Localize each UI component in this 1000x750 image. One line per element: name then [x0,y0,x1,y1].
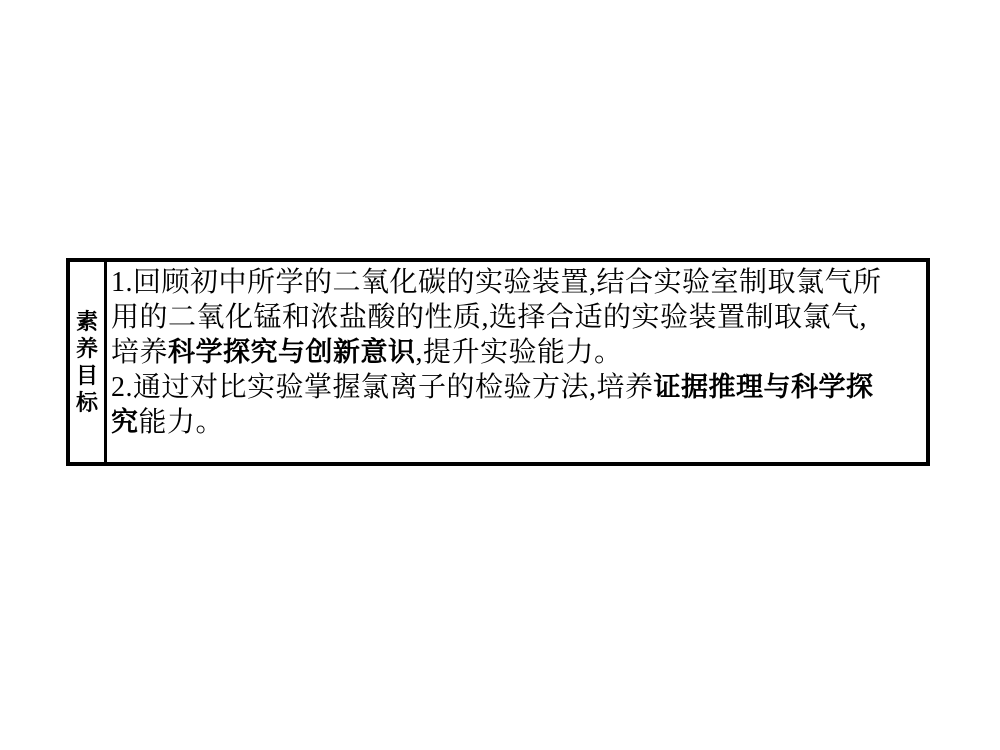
goal-label-char: 养 [76,335,98,362]
goal-box-content: 1.回顾初中所学的二氧化碳的实验装置,结合实验室制取氯气所用的二氧化锰和浓盐酸的… [107,262,926,462]
goal-label-char: 素 [76,308,98,335]
goal-text-segment: 用的二氧化锰和浓盐酸的性质,选择合适的实验装置制取氯气, [111,302,867,333]
goal-text-line: 2.通过对比实验掌握氯离子的检验方法,培养证据推理与科学探 [111,370,924,405]
goal-label-char: 目 [76,362,98,389]
goal-text-segment: 能力。 [139,407,225,438]
goal-text-segment-bold: 证据推理与科学探 [654,372,874,402]
goal-text-segment-bold: 科学探究与创新意识 [168,337,416,367]
goal-text-segment: 2.通过对比实验掌握氯离子的检验方法,培养 [111,372,654,403]
goal-box-vertical-label: 素养目标 [70,262,107,462]
slide: 素养目标 1.回顾初中所学的二氧化碳的实验装置,结合实验室制取氯气所用的二氧化锰… [0,0,1000,750]
competency-goal-box: 素养目标 1.回顾初中所学的二氧化碳的实验装置,结合实验室制取氯气所用的二氧化锰… [66,258,930,466]
goal-text-line: 培养科学探究与创新意识,提升实验能力。 [111,335,924,370]
goal-text-line: 究能力。 [111,405,924,440]
goal-text-segment: ,提升实验能力。 [416,337,623,368]
goal-text-segment: 1.回顾初中所学的二氧化碳的实验装置,结合实验室制取氯气所 [111,267,882,298]
goal-text-line: 1.回顾初中所学的二氧化碳的实验装置,结合实验室制取氯气所 [111,265,924,300]
goal-label-char: 标 [76,389,98,416]
goal-text-segment: 培养 [111,337,168,368]
goal-text-segment-bold: 究 [111,407,139,437]
goal-text-line: 用的二氧化锰和浓盐酸的性质,选择合适的实验装置制取氯气, [111,300,924,335]
